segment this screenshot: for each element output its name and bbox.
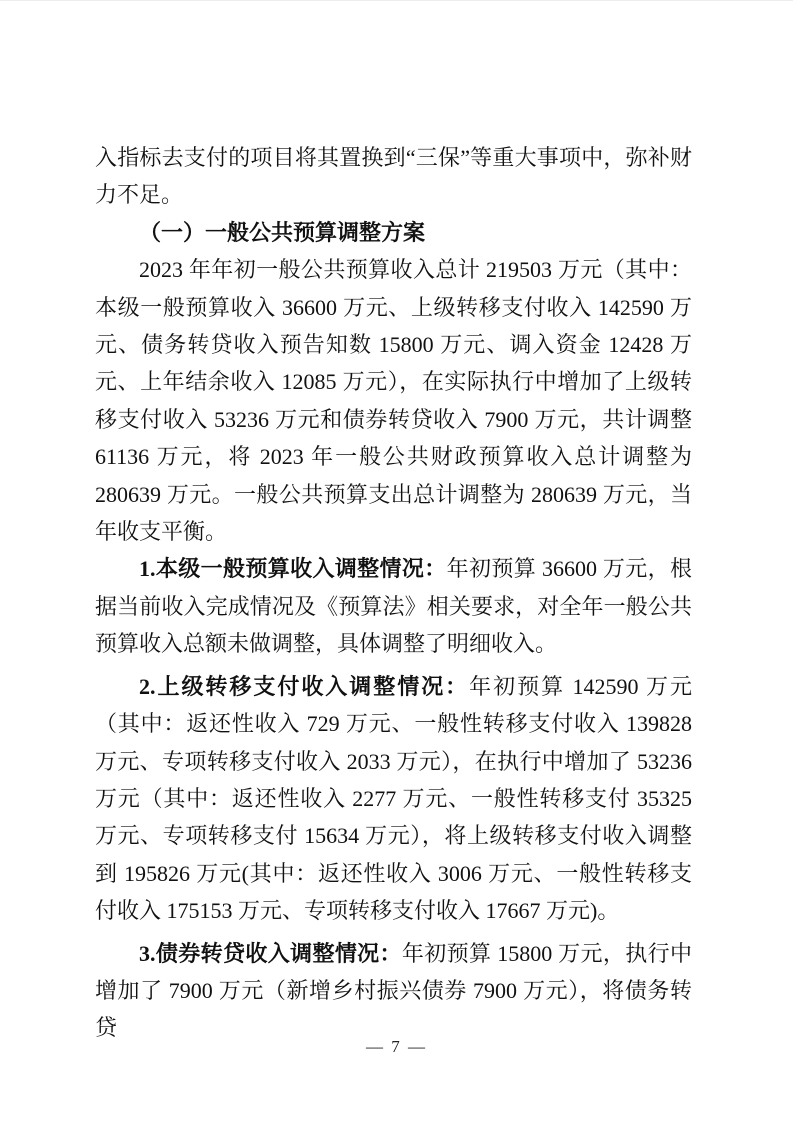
item-2-bold-lead: 2.上级转移支付收入调整情况：: [139, 674, 469, 699]
page-number: — 7 —: [0, 1037, 793, 1057]
document-page: 入指标去支付的项目将其置换到“三保”等重大事项中，弥补财力不足。 （一）一般公共…: [0, 0, 793, 1122]
section-heading-general-public-budget-adjustment-plan: （一）一般公共预算调整方案: [95, 214, 692, 251]
paragraph-item-1-local-general-budget-revenue: 1.本级一般预算收入调整情况：年初预算 36600 万元，根据当前收入完成情况及…: [95, 550, 692, 662]
item-2-body-text: 年初预算 142590 万元（其中：返还性收入 729 万元、一般性转移支付收入…: [95, 674, 692, 923]
paragraph-item-3-bond-onlending-revenue: 3.债券转贷收入调整情况：年初预算 15800 万元，执行中增加了 7900 万…: [95, 935, 692, 1047]
paragraph-continued-from-previous-page: 入指标去支付的项目将其置换到“三保”等重大事项中，弥补财力不足。: [95, 139, 692, 214]
paragraph-budget-overview: 2023 年年初一般公共预算收入总计 219503 万元（其中：本级一般预算收入…: [95, 251, 692, 550]
item-1-bold-lead: 1.本级一般预算收入调整情况：: [139, 556, 447, 581]
paragraph-item-2-higher-level-transfer-payment-revenue: 2.上级转移支付收入调整情况：年初预算 142590 万元（其中：返还性收入 7…: [95, 668, 692, 930]
item-3-bold-lead: 3.债券转贷收入调整情况：: [139, 941, 402, 966]
document-body: 入指标去支付的项目将其置换到“三保”等重大事项中，弥补财力不足。 （一）一般公共…: [95, 139, 692, 1047]
